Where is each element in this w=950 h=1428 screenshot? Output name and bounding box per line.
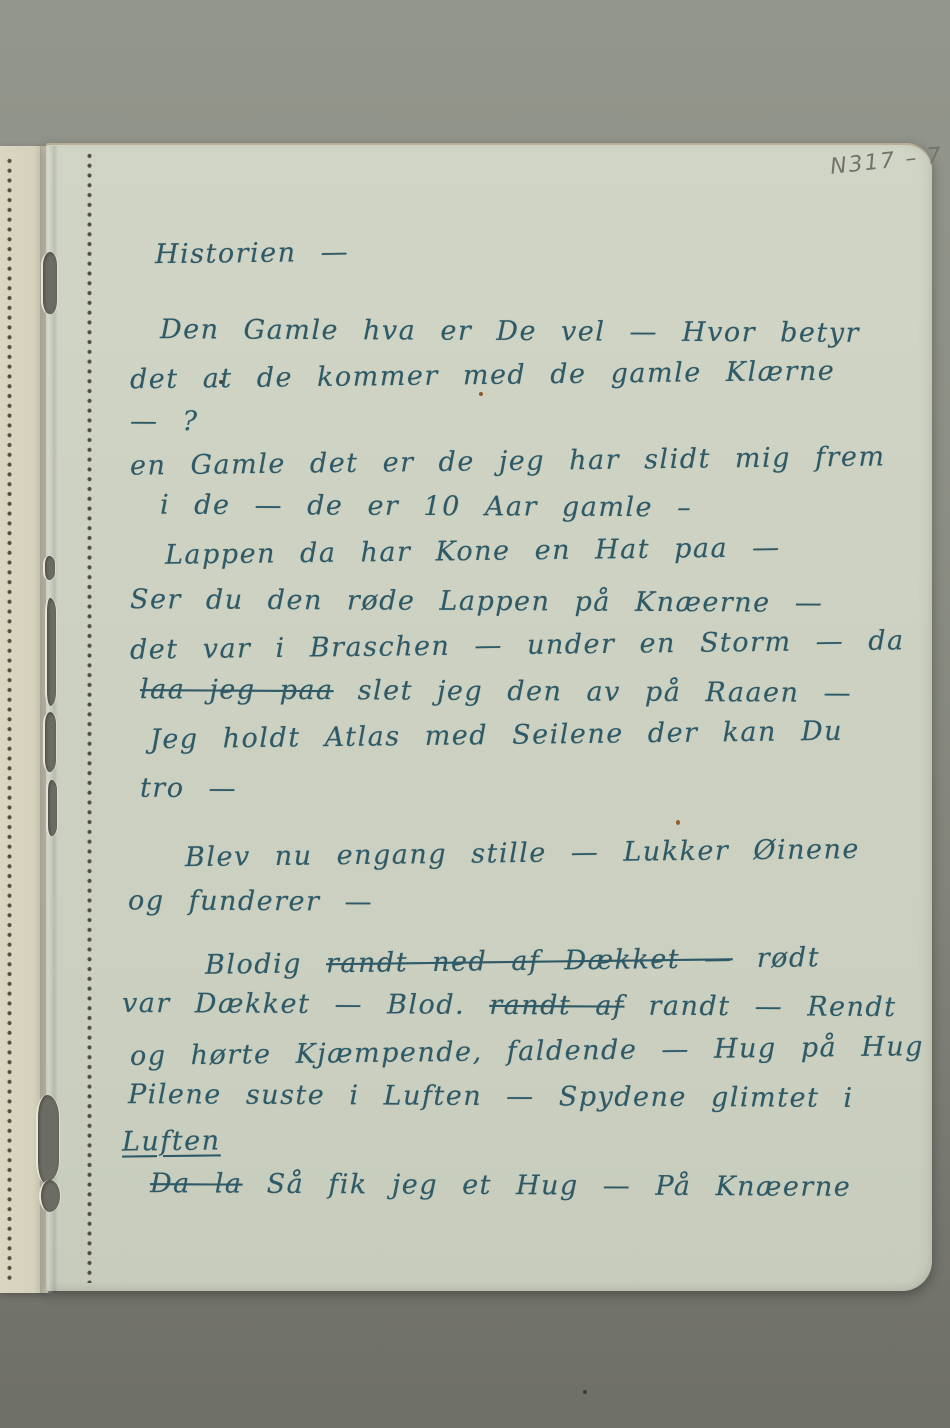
handwritten-line: Jeg holdt Atlas med Seilene der kan Du — [150, 718, 843, 753]
handwritten-line: Historien — — [155, 239, 349, 268]
handwritten-line: Blodig randt ned af Dækket — rødt — [205, 944, 820, 979]
handwritten-line: Lappen da har Kone en Hat paa — — [165, 534, 781, 569]
photo-background: N317 – 7 Historien — Den Gamle hva er De… — [0, 0, 950, 1428]
handwritten-text: Historien — Den Gamle hva er De vel — Hv… — [46, 143, 932, 1291]
paper-tear — [45, 598, 56, 706]
paper-speck — [219, 380, 223, 384]
handwritten-line: var Dækket — Blod. randt af randt — Rend… — [122, 990, 897, 1021]
handwritten-line: — ? — [130, 408, 199, 435]
handwritten-line: tro — — [140, 775, 237, 803]
handwritten-line: Pilene suste i Luften — Spydene glimtet … — [128, 1081, 854, 1112]
handwritten-line: Ser du den røde Lappen på Knæerne — — [130, 586, 823, 617]
paper-speck — [583, 1390, 587, 1394]
paper-tear — [39, 1180, 60, 1212]
handwritten-line: laa jeg paa slet jeg den av på Raaen — — [140, 676, 852, 707]
paper-speck — [676, 820, 680, 825]
handwritten-line: Blev nu engang stille — Lukker Øinene — [185, 836, 860, 871]
handwritten-line: det var i Braschen — under en Storm — da — [130, 627, 905, 663]
handwritten-line: Den Gamle hva er De vel — Hvor betyr — [160, 316, 860, 347]
paper-tear — [43, 556, 55, 580]
handwritten-line: en Gamle det er de jeg har slidt mig fre… — [130, 443, 886, 479]
manuscript-page: N317 – 7 Historien — Den Gamle hva er De… — [46, 143, 932, 1291]
handwritten-line: det at de kommer med de gamle Klærne — [130, 358, 836, 394]
perforation-holes-left — [6, 156, 13, 1284]
paper-speck — [479, 392, 483, 396]
paper-tear — [36, 1095, 59, 1183]
handwritten-line: Da la Så fik jeg et Hug — På Knæerne — [150, 1170, 851, 1201]
handwritten-line-underlined: Luften — [122, 1127, 221, 1155]
paper-tear — [46, 780, 57, 836]
handwritten-line: og funderer — — [128, 887, 373, 915]
handwritten-line: og hørte Kjæmpende, faldende — Hug på Hu… — [130, 1033, 924, 1070]
paper-tear — [43, 712, 56, 772]
handwritten-line: i de — de er 10 Aar gamle – — [160, 492, 692, 522]
paper-tear — [41, 252, 57, 314]
